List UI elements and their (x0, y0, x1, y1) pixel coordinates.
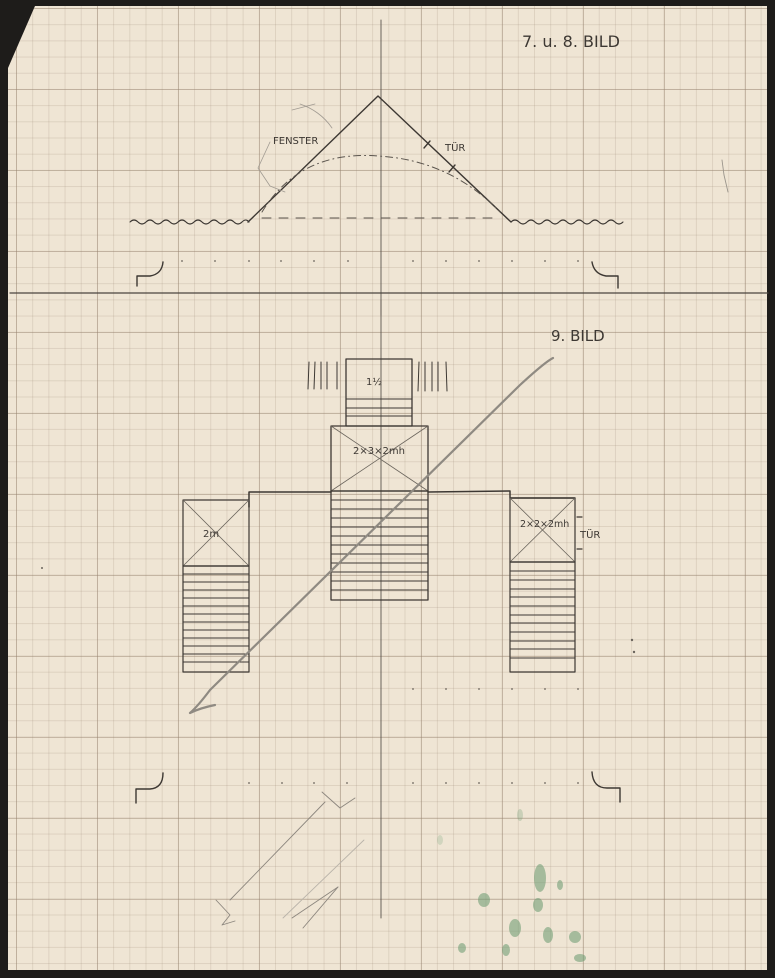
wavy-ground-right (511, 220, 623, 224)
label-left-box: 2m (203, 529, 219, 540)
label-door-right: TÜR (579, 528, 600, 541)
corner-bracket-top-right (592, 262, 618, 288)
window-sketch (258, 104, 332, 192)
left-stair-treads (183, 574, 249, 662)
label-door-top: TÜR (444, 141, 465, 154)
arrow-sketch (216, 792, 364, 928)
hatching-right (418, 362, 447, 391)
figure-bottom (41, 300, 635, 928)
margin-mark (722, 160, 728, 192)
drawing-canvas: 7. u. 8. BILD FENSTER TÜR 9. BILD 1½ 2×3… (0, 0, 775, 978)
right-staircase (510, 562, 575, 672)
title-figure-9: 9. BILD (551, 327, 605, 345)
roof-triangle (248, 96, 511, 222)
label-center-box: 2×3×2mh (353, 446, 405, 457)
center-stair-treads (331, 500, 428, 590)
wall-right (428, 491, 575, 498)
title-figure-7-8: 7. u. 8. BILD (522, 32, 620, 51)
right-stair-treads (510, 571, 575, 658)
green-stain (437, 809, 586, 962)
tick-dots-top (181, 260, 579, 262)
figure-top (10, 20, 768, 315)
label-right-box: 2×2×2mh (520, 519, 569, 530)
wall-left (249, 492, 331, 507)
hatching-left (308, 362, 337, 389)
corner-bracket-bottom-right (592, 772, 620, 802)
corner-bracket-bottom-left (136, 773, 163, 803)
corner-bracket-top-left (137, 262, 163, 286)
label-window: FENSTER (273, 136, 318, 147)
label-top-box: 1½ (366, 376, 382, 388)
wavy-ground-left (130, 220, 249, 224)
